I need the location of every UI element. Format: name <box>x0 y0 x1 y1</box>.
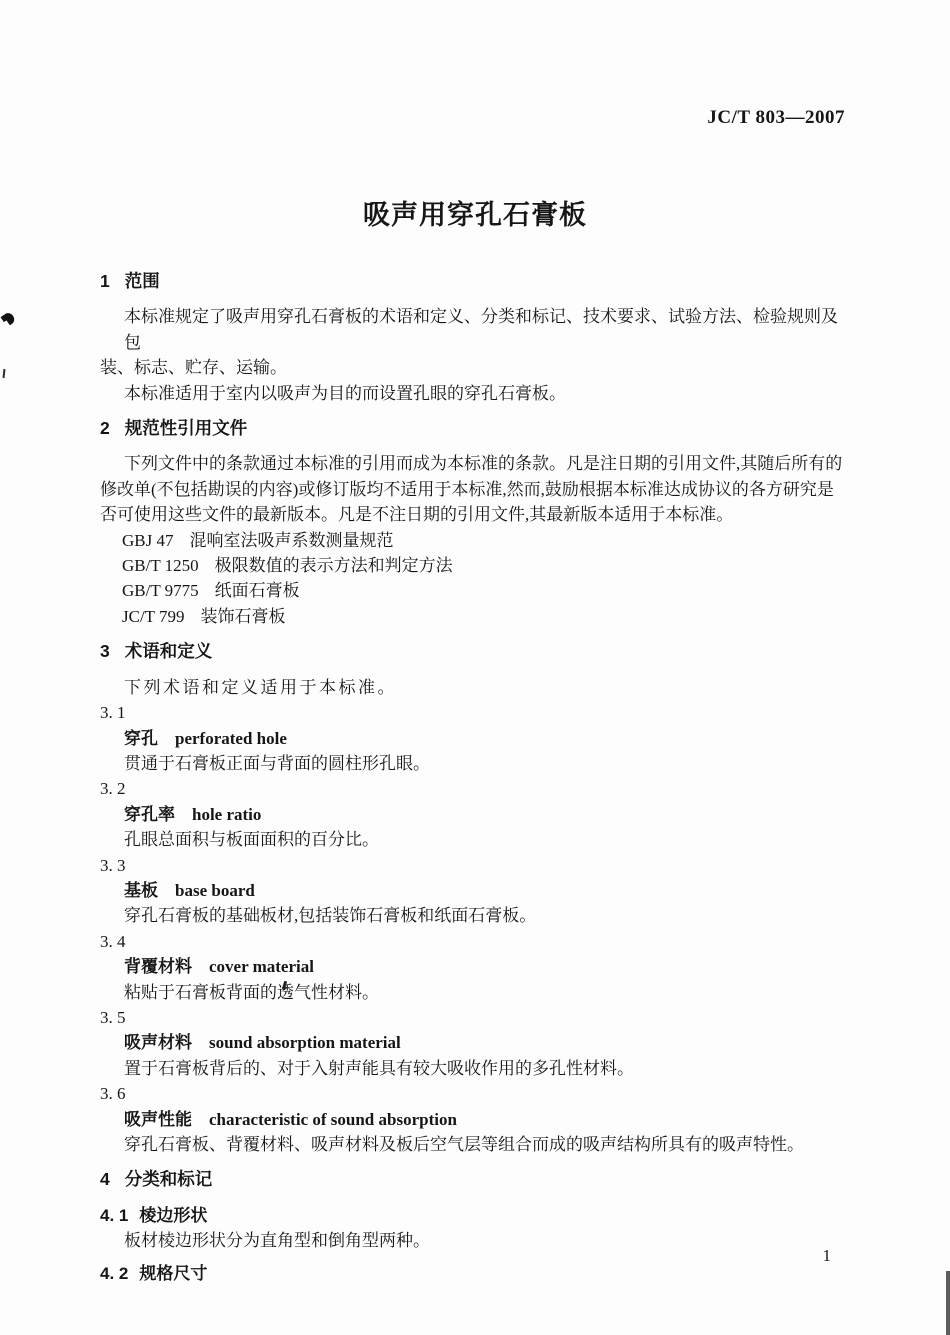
section-title: 棱边形状 <box>139 1206 207 1225</box>
reference-code: GB/T 9775 <box>122 581 199 600</box>
text-line: 否可使用这些文件的最新版本。凡是不注日期的引用文件,其最新版本适用于本标准。 <box>100 502 852 527</box>
clause-number: 3. 2 <box>100 776 852 801</box>
reference-title: 装饰石膏板 <box>201 607 286 626</box>
definition-text: 板材棱边形状分为直角型和倒角型两种。 <box>100 1228 852 1253</box>
term-chinese: 背覆材料 <box>124 957 192 976</box>
section-number: 4. 1 <box>100 1206 128 1225</box>
section-title: 规范性引用文件 <box>125 418 248 438</box>
subsection-heading: 4. 1棱边形状 <box>100 1203 852 1228</box>
reference-item: GB/T 9775纸面石膏板 <box>100 578 852 603</box>
clause-number: 3. 4 <box>100 929 852 954</box>
term-entry: 穿孔率hole ratio <box>100 802 852 827</box>
term-english: perforated hole <box>175 729 287 748</box>
term-chinese: 穿孔 <box>124 729 158 748</box>
section-title: 分类和标记 <box>125 1169 213 1189</box>
term-entry: 背覆材料cover material <box>100 954 852 979</box>
term-chinese: 吸声材料 <box>124 1033 192 1052</box>
paragraph: 下列文件中的条款通过本标准的引用而成为本标准的条款。凡是注日期的引用文件,其随后… <box>100 451 852 527</box>
section-number: 2 <box>100 418 110 438</box>
reference-code: GB/T 1250 <box>122 556 199 575</box>
definition-text: 穿孔石膏板的基础板材,包括装饰石膏板和纸面石膏板。 <box>100 903 852 928</box>
reference-code: GBJ 47 <box>122 531 173 550</box>
document-page: JC/T 803—2007 吸声用穿孔石膏板 1范围本标准规定了吸声用穿孔石膏板… <box>0 0 950 1335</box>
definition-text: 粘贴于石膏板背面的透气性材料。 <box>100 980 852 1005</box>
clause-number: 3. 5 <box>100 1005 852 1030</box>
clause-number: 3. 3 <box>100 853 852 878</box>
reference-item: GB/T 1250极限数值的表示方法和判定方法 <box>100 553 852 578</box>
term-entry: 基板base board <box>100 878 852 903</box>
term-chinese: 吸声性能 <box>124 1110 192 1129</box>
standard-number: JC/T 803—2007 <box>707 107 845 129</box>
document-body: 1范围本标准规定了吸声用穿孔石膏板的术语和定义、分类和标记、技术要求、试验方法、… <box>100 259 852 1286</box>
clause-number: 3. 1 <box>100 700 852 725</box>
section-number: 3 <box>100 641 110 661</box>
reference-item: GBJ 47混响室法吸声系数测量规范 <box>100 528 852 553</box>
term-english: characteristic of sound absorption <box>209 1110 457 1129</box>
scan-artifact-hook-mark <box>1 311 17 327</box>
term-entry: 吸声性能characteristic of sound absorption <box>100 1107 852 1132</box>
paragraph: 本标准适用于室内以吸声为目的而设置孔眼的穿孔石膏板。 <box>100 381 852 406</box>
term-english: cover material <box>209 957 314 976</box>
term-english: sound absorption material <box>209 1033 401 1052</box>
section-heading: 3术语和定义 <box>100 639 852 664</box>
term-chinese: 基板 <box>124 881 158 900</box>
section-heading: 4分类和标记 <box>100 1167 852 1192</box>
section-number: 4. 2 <box>100 1264 128 1283</box>
subsection-heading: 4. 2规格尺寸 <box>100 1261 852 1286</box>
definition-text: 孔眼总面积与板面面积的百分比。 <box>100 827 852 852</box>
term-entry: 穿孔perforated hole <box>100 726 852 751</box>
reference-item: JC/T 799装饰石膏板 <box>100 604 852 629</box>
clause-number: 3. 6 <box>100 1081 852 1106</box>
reference-title: 纸面石膏板 <box>215 581 300 600</box>
term-entry: 吸声材料sound absorption material <box>100 1030 852 1055</box>
section-title: 范围 <box>125 271 160 291</box>
definition-text: 贯通于石膏板正面与背面的圆柱形孔眼。 <box>100 751 852 776</box>
term-chinese: 穿孔率 <box>124 805 175 824</box>
scan-edge-shadow <box>946 1271 950 1335</box>
section-heading: 2规范性引用文件 <box>100 416 852 441</box>
text-line: 装、标志、贮存、运输。 <box>100 355 852 380</box>
text-line: 本标准适用于室内以吸声为目的而设置孔眼的穿孔石膏板。 <box>100 381 852 406</box>
section-title: 术语和定义 <box>125 641 213 661</box>
term-english: hole ratio <box>192 805 261 824</box>
text-line: 本标准规定了吸声用穿孔石膏板的术语和定义、分类和标记、技术要求、试验方法、检验规… <box>100 304 852 355</box>
text-line: 修改单(不包括勘误的内容)或修订版均不适用于本标准,然而,鼓励根据本标准达成协议… <box>100 477 852 502</box>
paragraph: 下列术语和定义适用于本标准。 <box>100 675 852 700</box>
section-title: 规格尺寸 <box>139 1264 207 1283</box>
term-english: base board <box>175 881 255 900</box>
paragraph: 本标准规定了吸声用穿孔石膏板的术语和定义、分类和标记、技术要求、试验方法、检验规… <box>100 304 852 380</box>
text-line: 下列术语和定义适用于本标准。 <box>100 675 852 700</box>
page-number: 1 <box>823 1246 832 1266</box>
reference-title: 极限数值的表示方法和判定方法 <box>215 556 453 575</box>
text-line: 下列文件中的条款通过本标准的引用而成为本标准的条款。凡是注日期的引用文件,其随后… <box>100 451 852 476</box>
definition-text: 穿孔石膏板、背覆材料、吸声材料及板后空气层等组合而成的吸声结构所具有的吸声特性。 <box>100 1132 852 1157</box>
document-title: 吸声用穿孔石膏板 <box>0 193 950 232</box>
reference-code: JC/T 799 <box>122 607 185 626</box>
reference-title: 混响室法吸声系数测量规范 <box>189 531 393 550</box>
section-number: 1 <box>100 271 110 291</box>
section-heading: 1范围 <box>100 269 852 294</box>
scan-artifact-tick-mark <box>3 369 6 378</box>
section-number: 4 <box>100 1169 110 1189</box>
definition-text: 置于石膏板背后的、对于入射声能具有较大吸收作用的多孔性材料。 <box>100 1056 852 1081</box>
